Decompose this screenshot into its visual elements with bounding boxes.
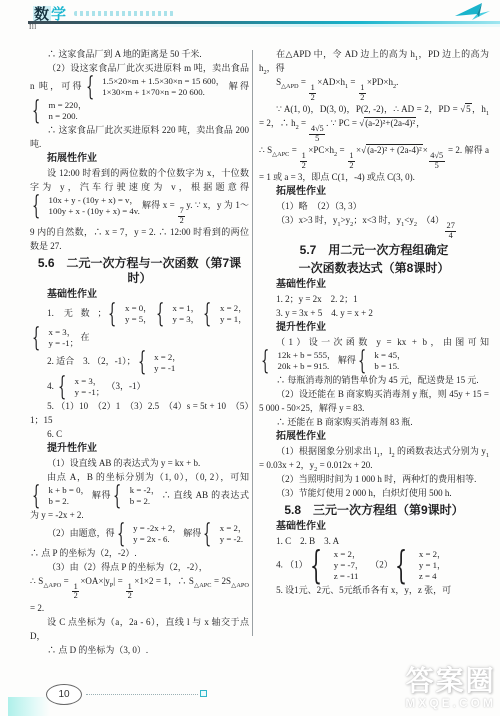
section-heading: 5.8 三元一次方程组（第9课时） <box>259 503 489 518</box>
system-rows: x = 2，y = 1，z = 4 <box>419 549 446 582</box>
answer-paragraph: 1. 无数；{x = 0，y = 5，{x = 1，y = 3，{x = 2，y… <box>30 302 249 350</box>
system-row: 1×30×m + 1×70×n = 20 600. <box>102 87 205 98</box>
system-rows: 1.5×20×m + 1.5×30×n = 15 600，1×30×m + 1×… <box>102 76 224 98</box>
radicand: (a-2)²+(2a-4)² <box>364 117 416 128</box>
system-row: k = -2， <box>130 485 160 496</box>
equation-system: {10x + y - (10y + x) = v，100y + x - (10y… <box>32 195 140 217</box>
answer-paragraph: （1）设直线 AB 的表达式为 y = kx + b. <box>30 456 249 470</box>
system-rows: k = -2，b = 2. <box>130 485 160 507</box>
fraction: 12 <box>348 152 355 170</box>
subsection-heading: 基础性作业 <box>47 288 249 301</box>
system-row: x = 2， <box>154 352 181 363</box>
system-row: y = 2x - 6. <box>133 534 169 545</box>
system-row: n = 200. <box>49 111 78 122</box>
text-run: 5. （1）10 （2）1 （3）2.5 （4）s = 5t + 10 （5）1… <box>30 401 249 425</box>
equation-system: {k = 45，b = 15. <box>358 350 406 372</box>
text-run: （1）根据图象分别求出 l <box>276 446 377 456</box>
fraction: 12 <box>309 84 316 102</box>
system-rows: x = 2，y = -1 <box>154 352 181 374</box>
answer-paragraph: ∴ 点 P 的坐标为（2，-2）. <box>30 546 249 560</box>
fraction-denominator: 2 <box>179 217 185 226</box>
system-row: x = 2， <box>419 549 446 560</box>
footer-dotted-leader <box>86 694 198 695</box>
text-run: 设 C 点坐标为（a，2a - 6），直线 l 与 x 轴交于点 D， <box>30 617 249 641</box>
fraction: 12 <box>359 84 366 102</box>
watermark-brand: 答案圈 <box>405 666 496 696</box>
fraction-denominator: 2 <box>301 162 307 171</box>
equation-system: {1.5×20×m + 1.5×30×n = 15 600，1×30×m + 1… <box>86 76 225 98</box>
system-row: x = 0， <box>125 303 152 314</box>
header-tagline-illegible <box>74 11 174 16</box>
subscript: △APC <box>272 151 289 158</box>
fraction: 72 <box>178 207 185 225</box>
fraction: 274 <box>445 222 456 240</box>
answer-paragraph: （2）由题意，得{y = -2x + 2，y = 2x - 6.解得{x = 2… <box>30 522 249 546</box>
system-brace: { <box>32 195 40 217</box>
system-row: b = 2. <box>49 496 69 507</box>
right-column: 在△APD 中，令 AD 边上的高为 h1，PD 边上的高为 h2，得S△APD… <box>259 47 489 597</box>
text-run: 在 <box>80 333 89 343</box>
text-run: 设 12:00 时看到的两位数的个位数字为 x，十位数字为 y，汽车行驶速度为 … <box>30 168 249 192</box>
system-brace: { <box>32 485 40 507</box>
text-run: 1. C 2. B 3. A <box>276 536 339 546</box>
subsection-heading: 拓展性作业 <box>276 185 489 198</box>
system-row: y = -7， <box>334 560 364 571</box>
answer-paragraph: ∴ S△APO = 12×OA×|yP| = 12×1×2 = 1，∴ S△AP… <box>30 574 249 615</box>
answer-paragraph: S△APD = 12×AD×h1 = 12×PD×h2. <box>259 75 489 102</box>
answer-paragraph: （3）x>3 时，y1>y2；x<3 时，y1<y2 （4）274 <box>259 213 489 240</box>
text-run: ∴ 点 D 的坐标为（3, 0）. <box>47 645 148 655</box>
system-rows: x = 2，y = 1， <box>220 303 247 325</box>
system-row: z = 4 <box>419 571 437 582</box>
system-rows: x = 0，y = 5， <box>125 303 152 325</box>
answer-paragraph: ∴ 还能在 B 商家购买消毒剂 83 瓶. <box>259 415 489 429</box>
text-run: ∴ 每瓶消毒剂的销售单价为 45 元，配送费是 15 元. <box>276 375 479 385</box>
system-row: x = 2， <box>220 523 247 534</box>
text-run: = 2. <box>30 603 44 613</box>
fraction-denominator: 4 <box>448 232 454 241</box>
system-brace: { <box>113 485 121 507</box>
fraction-denominator: 5 <box>434 162 440 171</box>
radicand: (a-2)² + (2a-4)² <box>366 144 423 155</box>
text-run: . ∵ PC = <box>326 118 359 128</box>
text-run: （2） <box>366 560 393 570</box>
header-rule-glow <box>60 24 500 27</box>
answer-paragraph: （2）当照明时间为 1 000 h 时，两种灯的费用相等. <box>259 472 489 486</box>
subscript: △APD <box>281 83 298 90</box>
text-run: ，l <box>380 446 392 456</box>
equation-system: {x = 3，y = -1； <box>32 327 78 349</box>
text-run: （3）由（2）得点 P 的坐标为（2，-2）， <box>47 562 208 572</box>
watermark: 答案圈 MXQE.COM <box>405 666 496 710</box>
system-row: y = 1， <box>419 560 446 571</box>
system-row: y = -2. <box>220 534 243 545</box>
left-column: ∴ 这家食品厂到 A 地的距离是 50 千米.（2）设这家食品厂此次买进原料 m… <box>30 47 249 657</box>
radical: √5 <box>460 103 471 114</box>
fraction-denominator: 2 <box>310 94 316 103</box>
fraction-denominator: 2 <box>73 592 79 601</box>
text-run: 解得 x = <box>142 200 177 210</box>
fraction: 4√55 <box>309 125 325 143</box>
text-run: . <box>396 77 398 87</box>
answer-paragraph: 5. 设1元、2元、5元纸币各有 x，y，z 张，可 <box>259 583 489 597</box>
text-run: = <box>337 145 347 155</box>
text-run: | = <box>113 576 125 586</box>
system-row: 12k + b = 555， <box>278 350 336 361</box>
answer-paragraph: 设 12:00 时看到的两位数的个位数字为 x，十位数字为 y，汽车行驶速度为 … <box>30 166 249 253</box>
text-run: ， <box>416 118 425 128</box>
system-row: x = 2， <box>334 549 361 560</box>
text-run: 解得 <box>183 528 201 538</box>
page-number: 10 <box>46 684 82 705</box>
system-brace: { <box>156 303 164 325</box>
equation-system: {m = 220，n = 200. <box>32 100 87 122</box>
fraction: 12 <box>300 152 307 170</box>
text-run: ×AD×h <box>317 77 345 87</box>
system-row: y = 3， <box>173 314 200 325</box>
system-row: k = 45， <box>374 350 405 361</box>
fraction: 4√55 <box>429 152 445 170</box>
system-brace: { <box>138 351 146 373</box>
system-row: m = 220， <box>49 100 87 111</box>
text-run: ×OA×|y <box>80 576 109 586</box>
system-row: 1.5×20×m + 1.5×30×n = 15 600， <box>102 76 224 87</box>
answer-paragraph: （2）设这家食品厂此次买进原料 m 吨，卖出食品 n 吨，可得{1.5×20×m… <box>30 61 249 123</box>
text-run: ×PC×h <box>308 145 334 155</box>
system-rows: k = 45，b = 15. <box>374 350 405 372</box>
text-run: 4. <box>47 381 56 391</box>
subsection-heading: 提升性作业 <box>276 321 489 334</box>
text-run: （3）节能灯使用 2 000 h，白炽灯使用 500 h. <box>276 488 452 498</box>
system-brace: { <box>310 549 322 581</box>
answer-paragraph: 3. y = 3x + 5 4. y = x + 2 <box>259 306 489 320</box>
text-run: （4） <box>417 215 444 225</box>
equation-system: {k + b = 0，b = 2. <box>32 485 89 507</box>
fraction-denominator: 5 <box>314 135 320 144</box>
system-row: y = -1； <box>49 338 79 349</box>
fraction: 12 <box>126 583 133 601</box>
subsection-heading: 拓展性作业 <box>47 152 249 165</box>
system-brace: { <box>58 376 66 398</box>
answer-paragraph: 在△APD 中，令 AD 边上的高为 h1，PD 边上的高为 h2，得 <box>259 47 489 75</box>
answer-paragraph: （3）由（2）得点 P 的坐标为（2，-2）， <box>30 560 249 574</box>
radical: √(a-2)² + (2a-4)² <box>361 144 423 155</box>
system-row: y = -2x + 2， <box>133 523 181 534</box>
text-run: 2. 适合 3. （2，-1）； <box>47 357 136 367</box>
system-rows: y = -2x + 2，y = 2x - 6. <box>133 523 181 545</box>
answer-paragraph: ∴ S△APC = 12×PC×h2 = 12×√(a-2)² + (2a-4)… <box>259 143 489 184</box>
column-divider <box>252 50 253 636</box>
paper-plane-icon <box>452 1 492 23</box>
system-row: b = 15. <box>374 361 399 372</box>
system-rows: x = 2，y = -2. <box>220 523 247 545</box>
equation-system: {x = 2，y = -7，z = -11 <box>310 549 364 582</box>
answer-paragraph: （1）根据图象分别求出 l1，l2 的函数表达式分别为 y1 = 0.03x +… <box>259 444 489 472</box>
subscript: △APC <box>194 582 212 589</box>
text-run: 解得 <box>91 490 111 500</box>
text-run: ∴ S <box>30 576 43 586</box>
text-run: = 2S <box>212 576 232 586</box>
equation-system: {k = -2，b = 2. <box>113 485 159 507</box>
text-run: 5. 设1元、2元、5元纸币各有 x，y，z 张，可 <box>276 585 451 595</box>
text-run: ×PD×h <box>367 77 393 87</box>
text-run: 1. 2；y = 2x 2. 2；1 <box>276 294 358 304</box>
fraction: 12 <box>72 583 79 601</box>
subsection-heading: 基础性作业 <box>276 520 489 533</box>
equation-system: {x = 2，y = -1 <box>138 351 182 373</box>
system-brace: { <box>203 303 211 325</box>
system-row: 10x + y - (10y + x) = v， <box>49 195 139 206</box>
system-row: x = 1， <box>173 303 200 314</box>
subsection-heading: 基础性作业 <box>276 278 489 291</box>
textbook-answer-page: 数学 Ill ∴ 这家食品厂到 A 地的距离是 50 千米.（2）设这家食品厂此… <box>0 0 500 716</box>
system-row: 100y + x - (10y + x) = 4v. <box>49 206 140 217</box>
text-run: = <box>348 77 358 87</box>
system-row: b = 2. <box>130 496 150 507</box>
system-row: y = -1； <box>75 387 105 398</box>
system-brace: { <box>395 549 407 581</box>
text-run: （3，-1） <box>107 381 146 391</box>
fraction-denominator: 2 <box>348 162 354 171</box>
text-run: = 0.03x + 2，y <box>259 460 314 470</box>
text-run: ∴ 还能在 B 商家购买消毒剂 83 瓶. <box>276 417 413 427</box>
system-brace: { <box>32 327 40 349</box>
system-row: z = -11 <box>334 571 359 582</box>
scan-artifact: Ill <box>29 23 37 31</box>
system-row: y = 5， <box>125 314 152 325</box>
system-row: x = 3， <box>75 376 102 387</box>
text-run: = <box>61 576 71 586</box>
text-run: ∵ A(1, 0)，D(3, 0)，P(2, -2)，∴ AD = 2，PD = <box>276 104 460 114</box>
text-run: 解得 <box>227 81 249 91</box>
text-run: （1）略 （2）（3, 3） <box>276 201 362 211</box>
system-row: y = 1， <box>220 314 247 325</box>
section-heading: 5.6 二元一次方程与一次函数（第7课时） <box>30 256 249 286</box>
system-rows: k + b = 0，b = 2. <box>49 485 90 507</box>
answer-paragraph: 1. 2；y = 2x 2. 2；1 <box>259 292 489 306</box>
text-run: = <box>289 145 299 155</box>
system-rows: 12k + b = 555，20k + b = 915. <box>278 350 336 372</box>
answer-paragraph: ∴ 每瓶消毒剂的销售单价为 45 元，配送费是 15 元. <box>259 373 489 387</box>
system-brace: { <box>358 350 366 372</box>
system-rows: m = 220，n = 200. <box>49 100 87 122</box>
text-run: 由点 A，B 的坐标分别为（1, 0），（0, 2），可知 <box>47 472 249 482</box>
system-rows: x = 2，y = -7，z = -11 <box>334 549 364 582</box>
answer-paragraph: （1）略 （2）（3, 3） <box>259 199 489 213</box>
text-run: （1）设一次函数 y = kx + b，由图可知 <box>276 337 489 347</box>
subscript: 1 <box>486 452 489 459</box>
system-rows: x = 3，y = -1； <box>75 376 105 398</box>
system-brace: { <box>108 303 116 325</box>
system-brace: { <box>86 76 94 98</box>
subscript: △APO <box>231 582 249 589</box>
answer-paragraph: 5. （1）10 （2）1 （3）2.5 （4）s = 5t + 10 （5）1… <box>30 399 249 427</box>
text-run: ∴ 这家食品厂此次买进原料 220 吨，卖出食品 200 吨. <box>30 125 249 149</box>
equation-system: {x = 2，y = 1， <box>203 303 247 325</box>
system-row: 20k + b = 915. <box>278 361 330 372</box>
radical: √(a-2)²+(2a-4)² <box>359 117 416 128</box>
equation-system: {x = 2，y = -2. <box>203 523 247 545</box>
text-run: 在△APD 中，令 AD 边上的高为 h <box>276 49 415 59</box>
section-heading: 5.7 用二元一次方程组确定 <box>259 243 489 258</box>
fraction-denominator: 2 <box>359 94 365 103</box>
answer-paragraph: ∴ 这家食品厂此次买进原料 220 吨，卖出食品 200 吨. <box>30 123 249 151</box>
answer-paragraph: ∴ 点 D 的坐标为（3, 0）. <box>30 643 249 657</box>
system-rows: x = 1，y = 3， <box>173 303 200 325</box>
text-run: （2）当照明时间为 1 000 h 时，两种灯的费用相等. <box>276 474 476 484</box>
text-run: （3）x>3 时，y <box>276 215 337 225</box>
text-run: = <box>299 77 309 87</box>
text-run: <y <box>404 215 414 225</box>
answer-paragraph: 4. {x = 3，y = -1；（3，-1） <box>30 375 249 399</box>
system-row: k + b = 0， <box>49 485 90 496</box>
text-run: 1. 无数； <box>47 308 106 318</box>
text-run: = 2，∴ h <box>259 118 296 128</box>
text-run: （2）设还能在 B 商家购买消毒剂 y 瓶，则 45y + 15 = 5 000… <box>259 389 489 413</box>
text-run: （2）由题意，得 <box>47 528 115 538</box>
text-run: ∴ S <box>259 145 272 155</box>
system-brace: { <box>203 523 211 545</box>
equation-system: {x = 3，y = -1； <box>58 376 104 398</box>
answer-paragraph: 设 C 点坐标为（a，2a - 6），直线 l 与 x 轴交于点 D， <box>30 615 249 643</box>
equation-system: {x = 2，y = 1，z = 4 <box>395 549 446 582</box>
equation-system: {y = -2x + 2，y = 2x - 6. <box>117 523 182 545</box>
watermark-url: MXQE.COM <box>405 696 496 710</box>
system-rows: x = 3，y = -1； <box>49 327 79 349</box>
subsection-heading: 拓展性作业 <box>276 430 489 443</box>
text-run: 3. y = 3x + 5 4. y = x + 2 <box>276 308 373 318</box>
system-row: x = 3， <box>49 327 76 338</box>
text-run: × <box>423 145 428 155</box>
system-rows: 10x + y - (10y + x) = v，100y + x - (10y … <box>49 195 140 217</box>
text-run: 的函数表达式分别为 y <box>395 446 486 456</box>
answer-paragraph: （2）设还能在 B 商家购买消毒剂 y 瓶，则 45y + 15 = 5 000… <box>259 387 489 415</box>
answer-paragraph: 4. （1）{x = 2，y = -7，z = -11 （2）{x = 2，y … <box>259 548 489 583</box>
subscript: 1 <box>486 110 489 117</box>
answer-paragraph: ∵ A(1, 0)，D(3, 0)，P(2, -2)，∴ AD = 2，PD =… <box>259 102 489 143</box>
system-brace: { <box>32 100 40 122</box>
system-brace: { <box>261 350 269 372</box>
text-run: ∴ 这家食品厂到 A 地的距离是 50 千米. <box>47 49 202 59</box>
text-run: = <box>299 118 309 128</box>
text-run: ∴ 点 P 的坐标为（2，-2）. <box>30 548 137 558</box>
text-run: = 0.012x + 20. <box>317 460 372 470</box>
text-run: ，h <box>472 104 486 114</box>
subsection-heading: 提升性作业 <box>47 442 249 455</box>
text-run: ，得 <box>267 63 285 73</box>
equation-system: {x = 1，y = 3， <box>156 303 200 325</box>
system-row: x = 2， <box>220 303 247 314</box>
system-brace: { <box>117 523 125 545</box>
fraction-denominator: 2 <box>127 592 133 601</box>
answer-paragraph: 6. C <box>30 427 249 441</box>
subscript: △APO <box>43 582 61 589</box>
footer-square-ornament <box>200 690 207 697</box>
text-run: ×1×2 = 1，∴ S <box>134 576 194 586</box>
section-heading: 一次函数表达式（第8课时） <box>259 261 489 276</box>
answer-paragraph: （3）节能灯使用 2 000 h，白炽灯使用 500 h. <box>259 486 489 500</box>
corner-gradient-decoration <box>8 697 50 716</box>
text-run: （1）设直线 AB 的表达式为 y = kx + b. <box>47 458 200 468</box>
answer-paragraph: （1）设一次函数 y = kx + b，由图可知{12k + b = 555，2… <box>259 335 489 373</box>
text-run: 解得 <box>338 355 356 365</box>
system-row: y = -1 <box>154 363 175 374</box>
text-run: ；x<3 时，y <box>353 215 401 225</box>
text-run: >y <box>341 215 351 225</box>
equation-system: {12k + b = 555，20k + b = 915. <box>261 350 336 372</box>
answer-paragraph: 由点 A，B 的坐标分别为（1, 0），（0, 2），可知{k + b = 0，… <box>30 470 249 522</box>
answer-paragraph: ∴ 这家食品厂到 A 地的距离是 50 千米. <box>30 47 249 61</box>
equation-system: {x = 0，y = 5， <box>108 303 152 325</box>
text-run: 6. C <box>47 429 62 439</box>
text-run: 4. （1） <box>276 560 308 570</box>
answer-paragraph: 1. C 2. B 3. A <box>259 534 489 548</box>
